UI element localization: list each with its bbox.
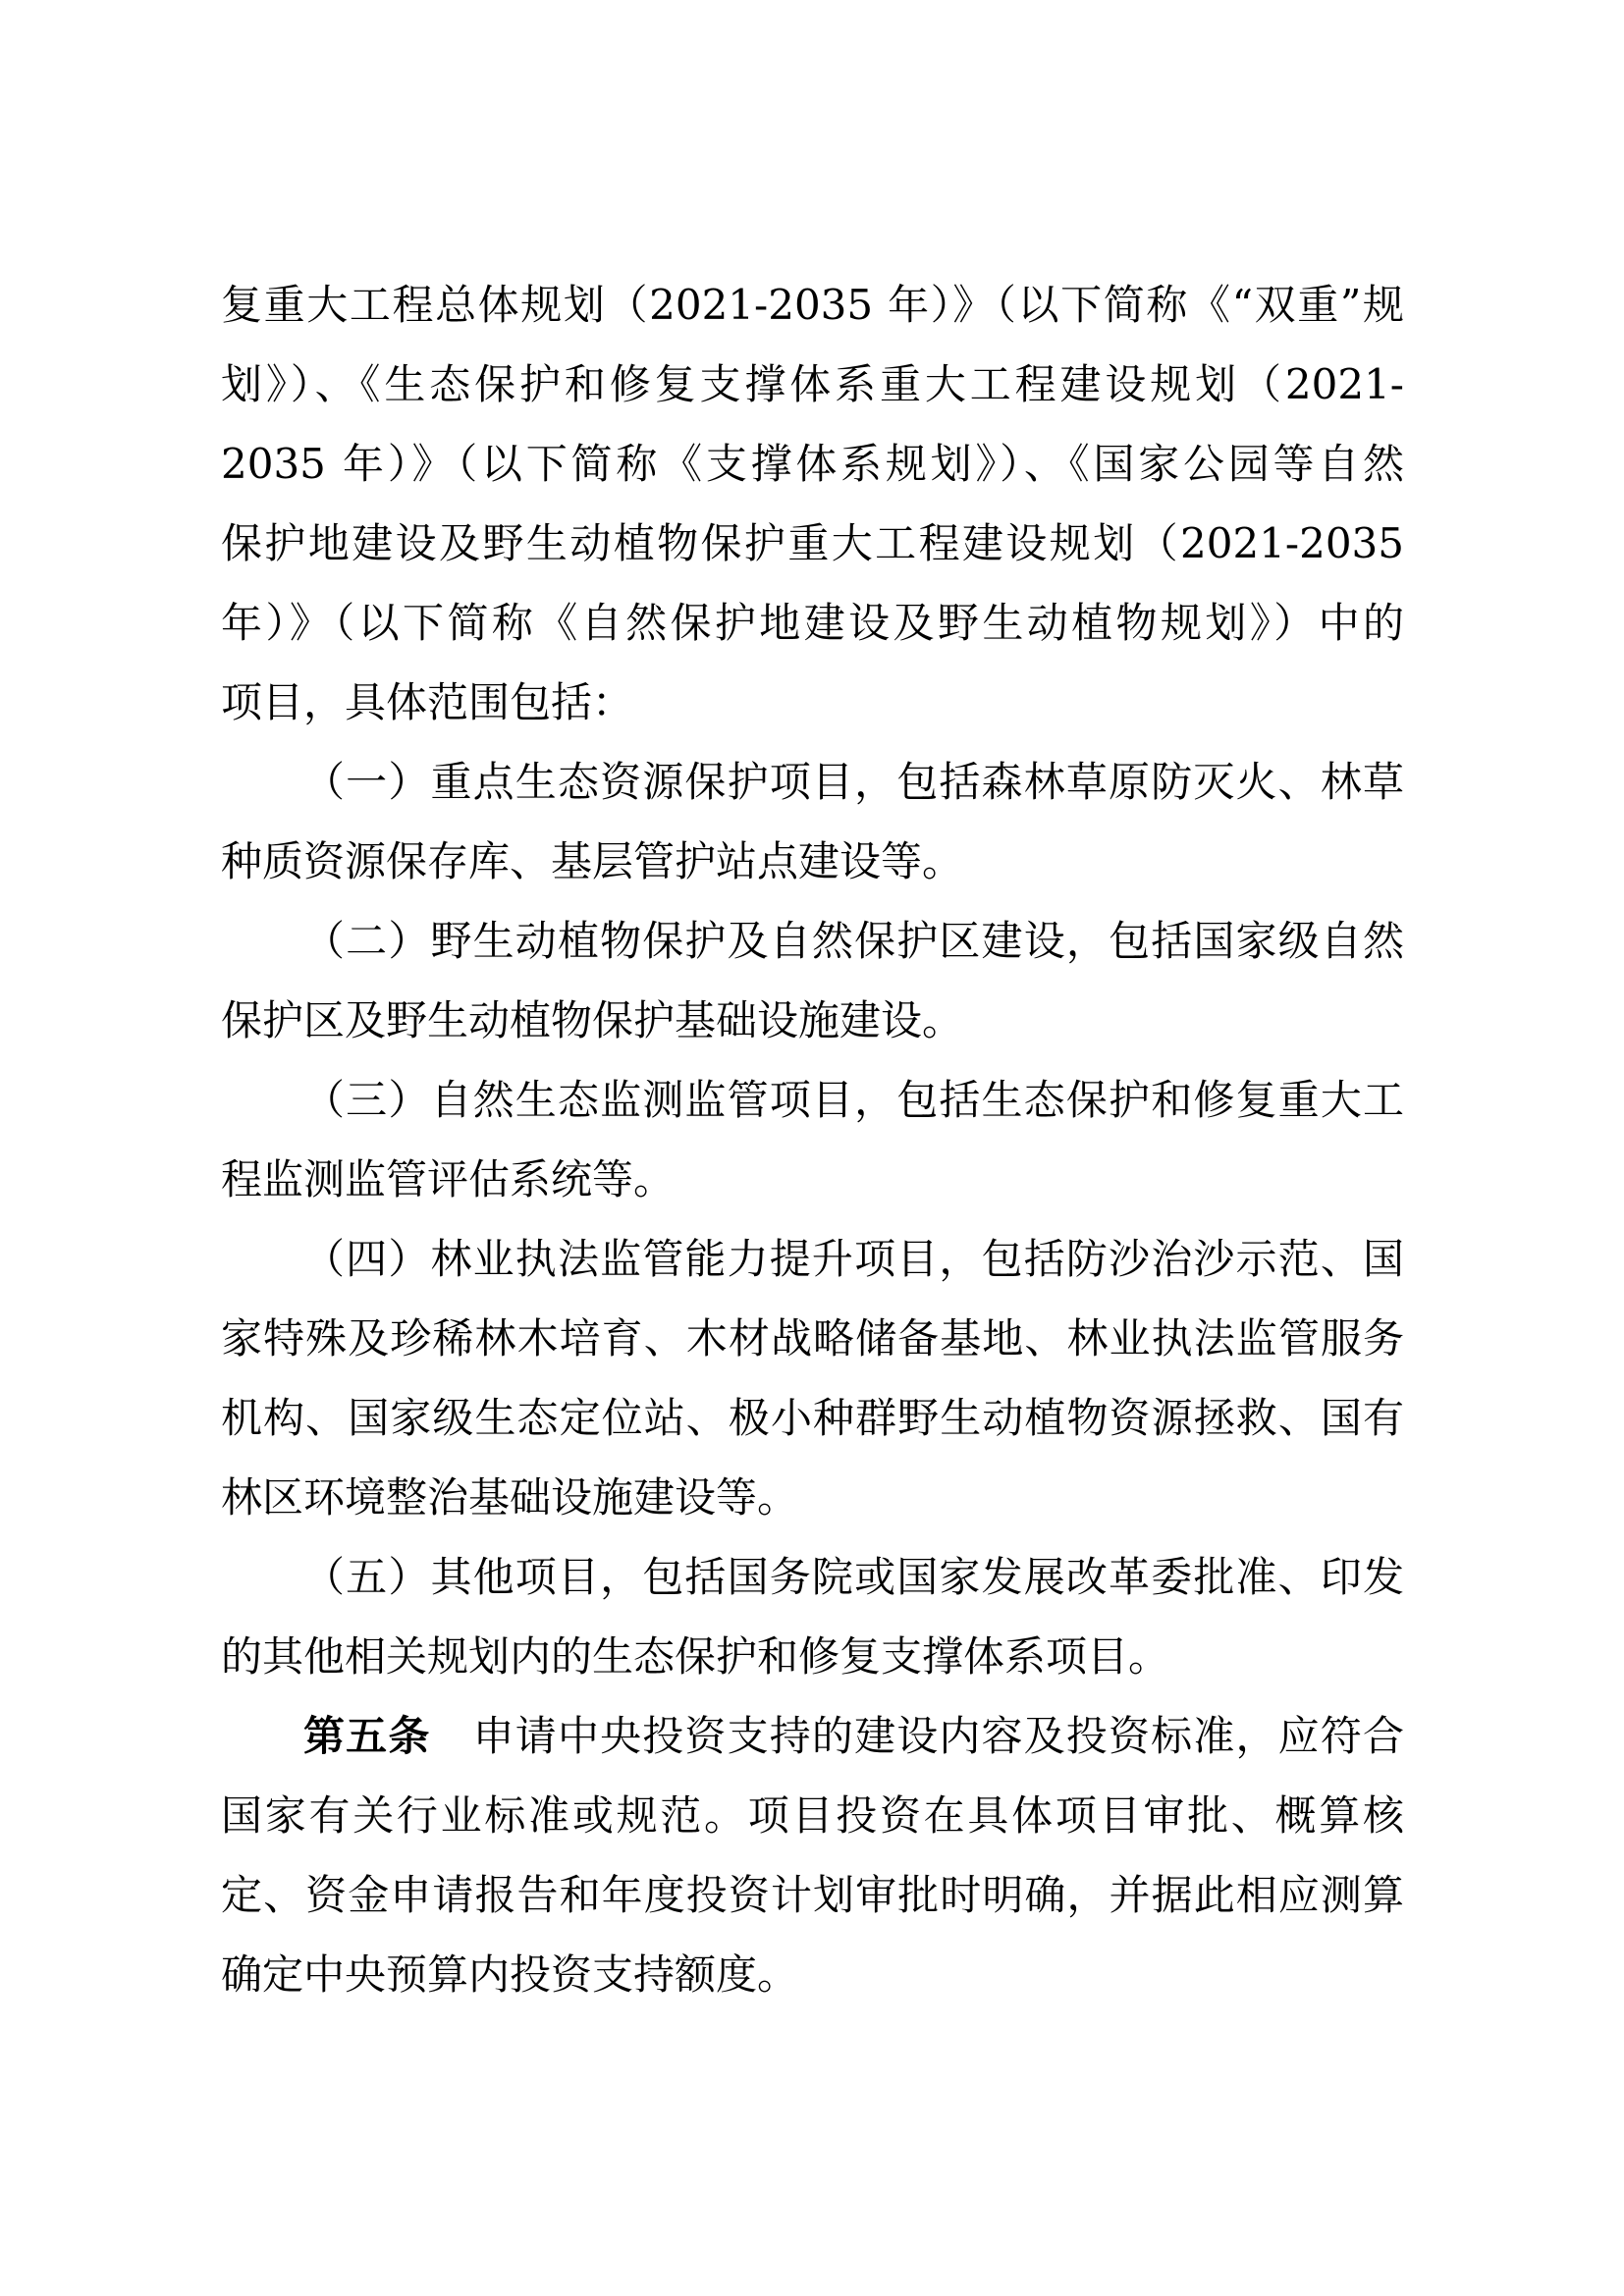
text-line-9: （二）野生动植物保护及自然保护区建设，包括国家级自然 xyxy=(221,901,1404,981)
text-line-10: 保护区及野生动植物保护基础设施建设。 xyxy=(221,981,1404,1060)
text-line-13: （四）林业执法监管能力提升项目，包括防沙治沙示范、国 xyxy=(221,1219,1404,1299)
article-5-opening-text: 申请中央投资支持的建设内容及投资标准，应符合 xyxy=(430,1712,1404,1760)
text-line-8: 种质资源保存库、基层管护站点建设等。 xyxy=(221,822,1404,901)
text-line-4: 保护地建设及野生动植物保护重大工程建设规划（2021-2035 xyxy=(221,504,1404,583)
text-line-16: 林区环境整治基础设施建设等。 xyxy=(221,1458,1404,1537)
text-line-19: 第五条 申请中央投资支持的建设内容及投资标准，应符合 xyxy=(221,1696,1404,1776)
text-line-12: 程监测监管评估系统等。 xyxy=(221,1140,1404,1219)
text-line-22: 确定中央预算内投资支持额度。 xyxy=(221,1935,1404,2014)
text-line-18: 的其他相关规划内的生态保护和修复支撑体系项目。 xyxy=(221,1617,1404,1696)
text-line-15: 机构、国家级生态定位站、极小种群野生动植物资源拯救、国有 xyxy=(221,1378,1404,1458)
article-5-label: 第五条 xyxy=(303,1712,430,1760)
text-line-5: 年）》（以下简称《自然保护地建设及野生动植物规划》）中的 xyxy=(221,583,1404,663)
page-background: 复重大工程总体规划（2021-2035 年）》（以下简称《“双重”规 划》）、《… xyxy=(0,0,1624,2296)
text-line-17: （五）其他项目，包括国务院或国家发展改革委批准、印发 xyxy=(221,1537,1404,1617)
text-line-2: 划》）、《生态保护和修复支撑体系重大工程建设规划（2021- xyxy=(221,345,1404,424)
text-line-1: 复重大工程总体规划（2021-2035 年）》（以下简称《“双重”规 xyxy=(221,265,1404,345)
text-line-7: （一）重点生态资源保护项目，包括森林草原防灭火、林草 xyxy=(221,742,1404,822)
text-line-11: （三）自然生态监测监管项目，包括生态保护和修复重大工 xyxy=(221,1060,1404,1140)
text-line-3: 2035 年）》（以下简称《支撑体系规划》）、《国家公园等自然 xyxy=(221,424,1404,504)
text-line-14: 家特殊及珍稀林木培育、木材战略储备基地、林业执法监管服务 xyxy=(221,1299,1404,1378)
text-line-20: 国家有关行业标准或规范。项目投资在具体项目审批、概算核 xyxy=(221,1776,1404,1855)
document-page: { "colors": { "page_background": "#fffff… xyxy=(0,0,1624,2296)
text-line-6: 项目，具体范围包括： xyxy=(221,663,1404,742)
text-line-21: 定、资金申请报告和年度投资计划审批时明确，并据此相应测算 xyxy=(221,1855,1404,1935)
document-body: 复重大工程总体规划（2021-2035 年）》（以下简称《“双重”规 划》）、《… xyxy=(221,265,1404,2014)
